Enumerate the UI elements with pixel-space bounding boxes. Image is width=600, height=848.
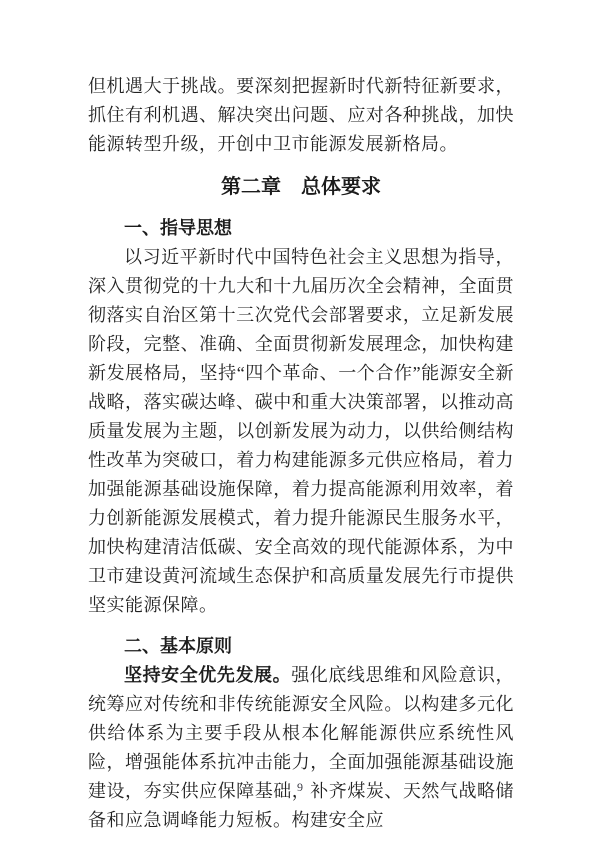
section-heading-guiding-ideology: 一、指导思想	[88, 214, 514, 243]
page-number: 9	[0, 779, 600, 795]
chapter-heading: 第二章 总体要求	[88, 173, 514, 202]
paragraph-basic-principles: 坚持安全优先发展。强化底线思维和风险意识，统筹应对传统和非传统能源安全风险。以构…	[88, 661, 514, 835]
paragraph-continuation: 但机遇大于挑战。要深刻把握新时代新特征新要求，抓住有利机遇、解决突出问题、应对各…	[88, 72, 514, 159]
principle-body-text: 强化底线思维和风险意识，统筹应对传统和非传统能源安全风险。以构建多元化供给体系为…	[88, 665, 514, 830]
page-content: 但机遇大于挑战。要深刻把握新时代新特征新要求，抓住有利机遇、解决突出问题、应对各…	[88, 72, 514, 835]
paragraph-guiding-ideology: 以习近平新时代中国特色社会主义思想为指导，深入贯彻党的十九大和十九届历次全会精神…	[88, 243, 514, 620]
document-page: 但机遇大于挑战。要深刻把握新时代新特征新要求，抓住有利机遇、解决突出问题、应对各…	[0, 0, 600, 848]
section-heading-basic-principles: 二、基本原则	[88, 632, 514, 661]
principle-lead-bold-text: 坚持安全优先发展。	[124, 665, 291, 685]
